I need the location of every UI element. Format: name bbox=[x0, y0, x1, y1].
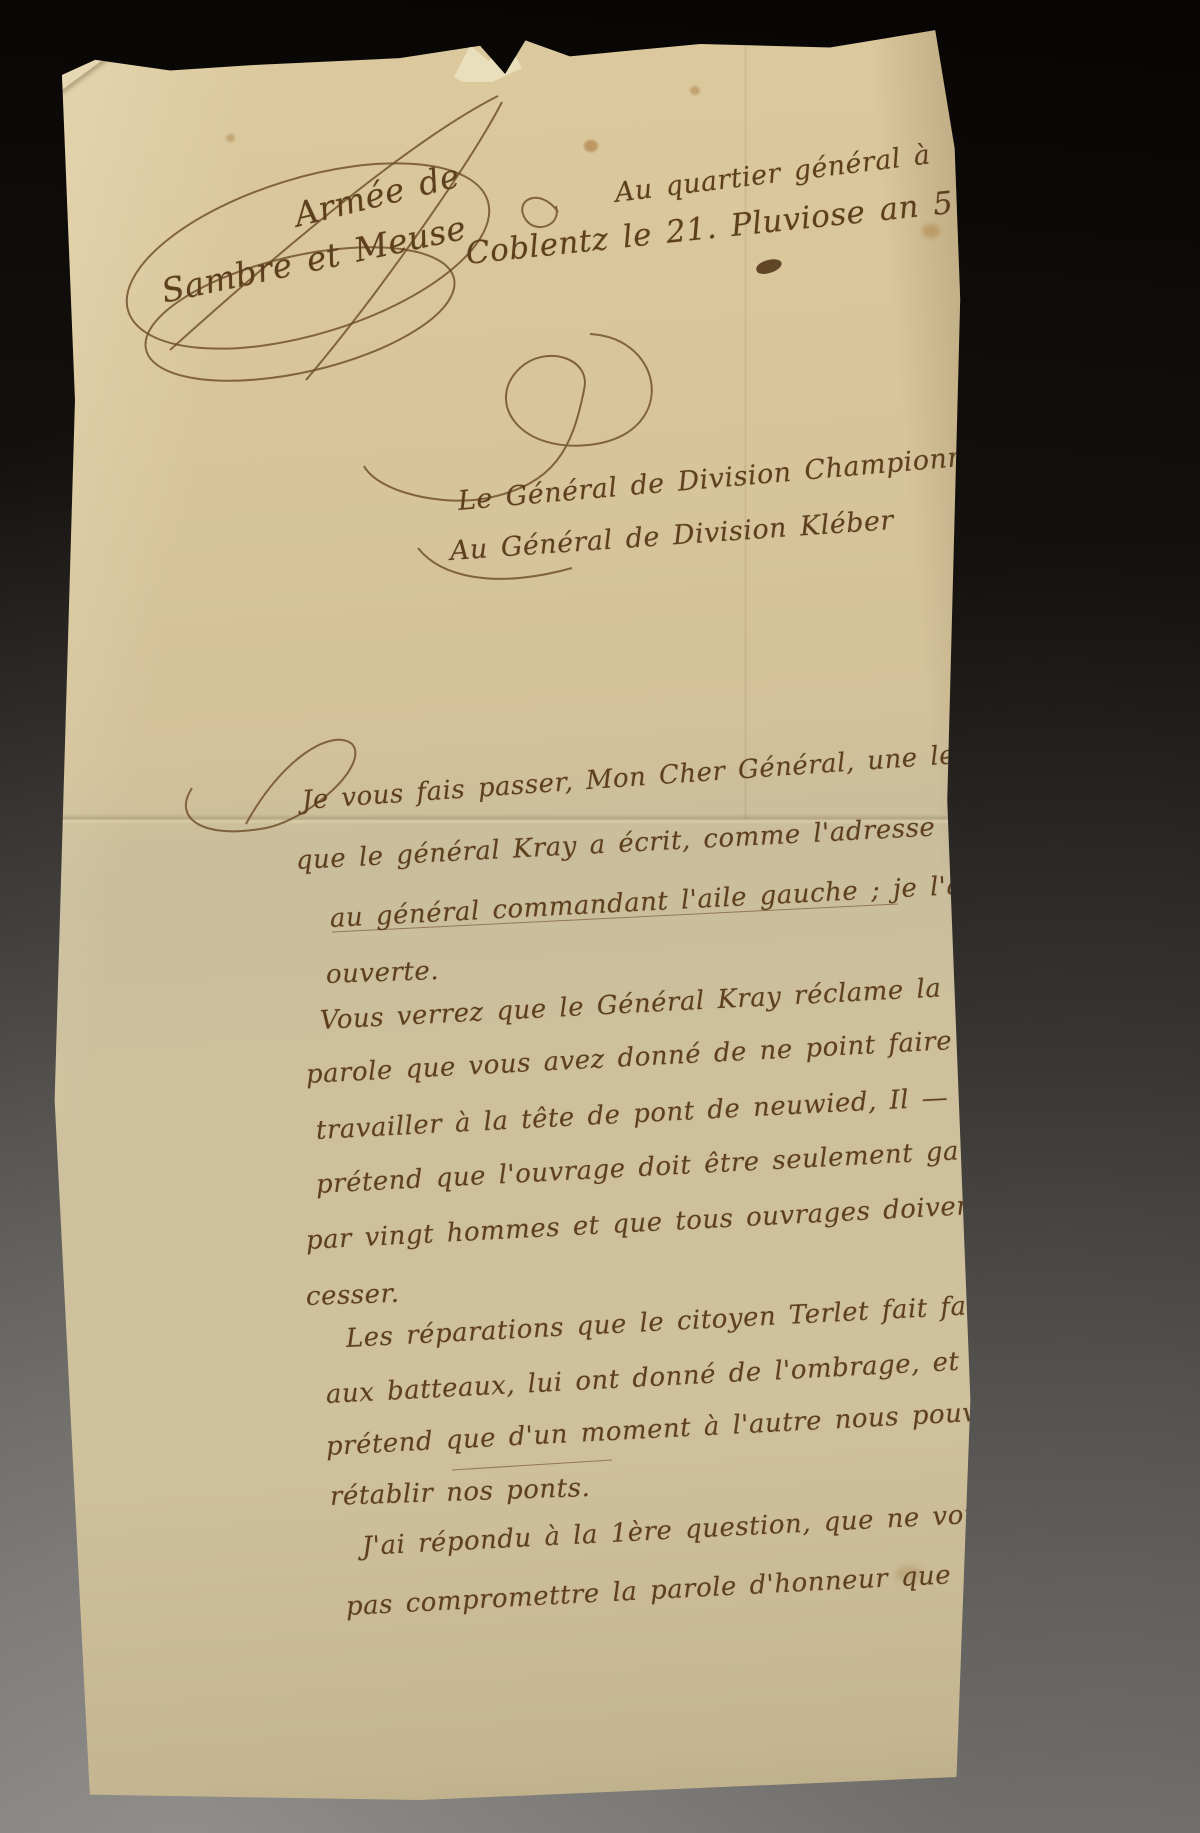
paper-stain bbox=[922, 224, 940, 238]
body-line: par vingt hommes et que tous ouvrages do… bbox=[305, 1190, 985, 1256]
body-line: pas compromettre la parole d'honneur que bbox=[345, 1560, 952, 1622]
ink-blot bbox=[755, 257, 783, 275]
body-line: travailler à la tête de pont de neuwied,… bbox=[315, 1083, 949, 1146]
body-line: aux batteaux, lui ont donné de l'ombrage… bbox=[325, 1347, 960, 1410]
body-line: parole que vous avez donné de ne point f… bbox=[305, 1024, 992, 1090]
body-line: que le général Kray a écrit, comme l'adr… bbox=[295, 809, 1011, 876]
body-line: Les réparations que le citoyen Terlet fa… bbox=[345, 1290, 1005, 1354]
body-line: au général commandant l'aile gauche ; je… bbox=[329, 870, 972, 934]
vertical-crease bbox=[744, 38, 747, 818]
paper-stain bbox=[584, 140, 598, 152]
body-line: cesser. bbox=[305, 1279, 399, 1312]
body-line: Je vous fais passer, Mon Cher Général, u… bbox=[301, 737, 1007, 816]
body-line: prétend que l'ouvrage doit être seulemen… bbox=[315, 1134, 1005, 1200]
paper-tear bbox=[448, 36, 522, 82]
body-line: ouverte. bbox=[325, 956, 439, 990]
paper-stain bbox=[690, 86, 700, 95]
paper-stain bbox=[226, 134, 235, 142]
letter-page: Armée de Sambre et Meuse Au quartier gén… bbox=[50, 28, 975, 1800]
recipient-line: Au Général de Division Kléber bbox=[449, 505, 895, 567]
body-line: rétablir nos ponts. bbox=[329, 1473, 590, 1512]
flourish-au-curl bbox=[522, 198, 558, 227]
overline-stroke bbox=[452, 1460, 612, 1470]
folded-corner bbox=[54, 53, 115, 93]
photo-backdrop: { "letter": { "army_line1": "Armée de", … bbox=[0, 0, 1200, 1833]
sender-line: Le Général de Division Championnet bbox=[457, 439, 995, 517]
body-line: prétend que d'un moment à l'autre nous p… bbox=[325, 1395, 1025, 1462]
dateline-date: Coblentz le 21. Pluviose an 5. bbox=[464, 184, 965, 272]
